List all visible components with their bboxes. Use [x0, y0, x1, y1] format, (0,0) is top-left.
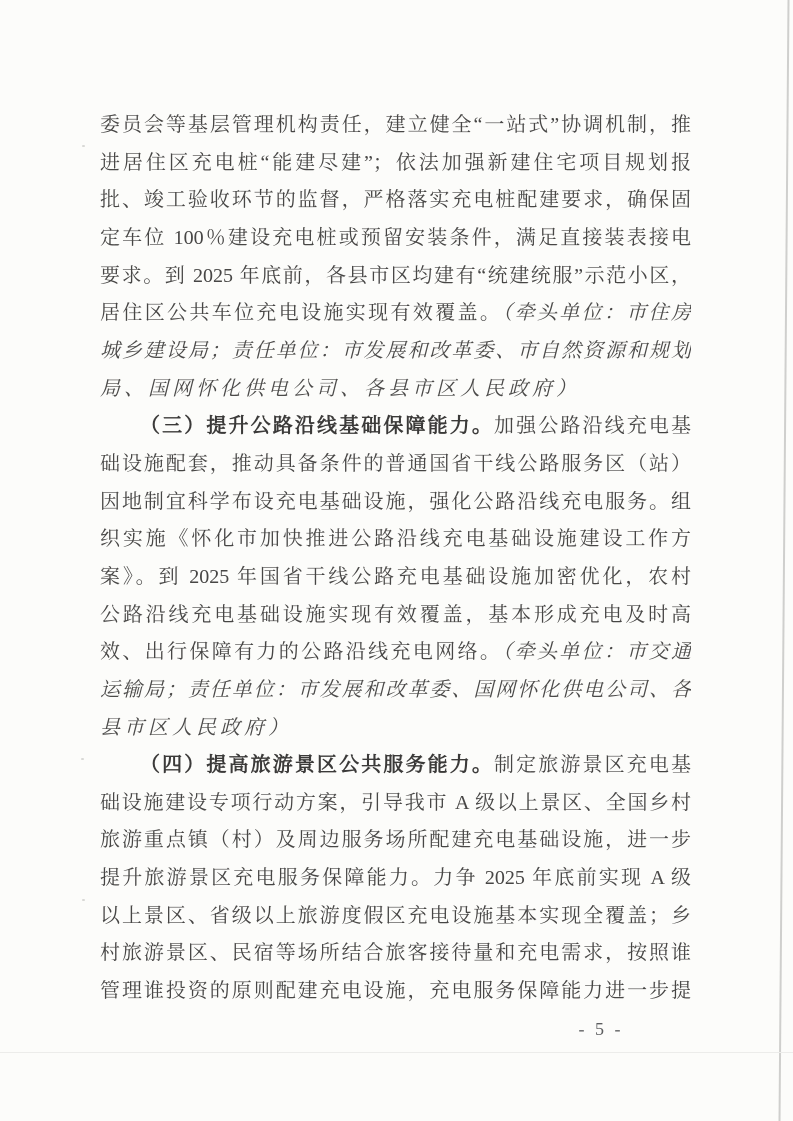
body-text: 提升旅游景区充电服务保障能力。力争 2025 年底前实现 A 级 — [100, 867, 691, 889]
section-heading: （三）提升公路沿线基础保障能力。 — [140, 415, 494, 437]
text-line: 公路沿线充电基础设施实现有效覆盖，基本形成充电及时高 — [100, 597, 691, 635]
text-line: 居住区公共车位充电设施实现有效覆盖。（牵头单位：市住房 — [100, 295, 691, 333]
scan-artifact-line — [0, 1052, 793, 1053]
body-text: 批、竣工验收环节的监督，严格落实充电桩配建要求，确保固 — [100, 189, 691, 211]
text-line: 委员会等基层管理机构责任，建立健全“一站式”协调机制，推 — [100, 107, 691, 145]
text-line: 局、国网怀化供电公司、各县市区人民政府） — [100, 371, 691, 409]
text-line: 以上景区、省级以上旅游度假区充电设施基本实现全覆盖；乡 — [100, 898, 691, 936]
text-line: 村旅游景区、民宿等场所结合旅客接待量和充电需求，按照谁 — [100, 935, 691, 973]
body-text: 旅游重点镇（村）及周边服务场所配建充电基础设施，进一步 — [100, 829, 691, 851]
body-text: 委员会等基层管理机构责任，建立健全“一站式”协调机制，推 — [100, 114, 691, 136]
text-line: 城乡建设局；责任单位：市发展和改革委、市自然资源和规划 — [100, 333, 691, 371]
unit-attribution-text: 局、国网怀化供电公司、各县市区人民政府） — [100, 378, 580, 400]
text-line: 旅游重点镇（村）及周边服务场所配建充电基础设施，进一步 — [100, 822, 691, 860]
text-line: 管理谁投资的原则配建充电设施，充电服务保障能力进一步提 — [100, 973, 691, 1011]
body-text: 案》。到 2025 年国省干线公路充电基础设施加密优化，农村 — [100, 566, 691, 588]
text-line: 础设施配套，推动具备条件的普通国省干线公路服务区（站） — [100, 446, 691, 484]
text-line: （四）提高旅游景区公共服务能力。制定旅游景区充电基 — [100, 747, 691, 785]
text-line: 础设施建设专项行动方案，引导我市 A 级以上景区、全国乡村 — [100, 785, 691, 823]
body-text: 础设施配套，推动具备条件的普通国省干线公路服务区（站） — [100, 453, 691, 475]
body-text: 公路沿线充电基础设施实现有效覆盖，基本形成充电及时高 — [100, 604, 691, 626]
body-text: 织实施《怀化市加快推进公路沿线充电基础设施建设工作方 — [100, 528, 691, 550]
unit-attribution-text: 运输局；责任单位：市发展和改革委、国网怀化供电公司、各 — [100, 679, 691, 701]
text-line: 效、出行保障有力的公路沿线充电网络。（牵头单位：市交通 — [100, 634, 691, 672]
scan-speck — [82, 899, 85, 901]
scan-speck — [81, 758, 84, 760]
body-text: 管理谁投资的原则配建充电设施，充电服务保障能力进一步提 — [100, 980, 691, 1002]
body-text: 进居住区充电桩“能建尽建”；依法加强新建住宅项目规划报 — [100, 152, 691, 174]
scanned-document-page: 委员会等基层管理机构责任，建立健全“一站式”协调机制，推进居住区充电桩“能建尽建… — [0, 0, 793, 1121]
text-line: 案》。到 2025 年国省干线公路充电基础设施加密优化，农村 — [100, 559, 691, 597]
body-text: 制定旅游景区充电基 — [494, 754, 691, 776]
text-line: 织实施《怀化市加快推进公路沿线充电基础设施建设工作方 — [100, 521, 691, 559]
body-text: 居住区公共车位充电设施实现有效覆盖。 — [100, 302, 502, 324]
unit-attribution-text: 城乡建设局；责任单位：市发展和改革委、市自然资源和规划 — [100, 340, 691, 362]
text-line: 县市区人民政府） — [100, 710, 691, 748]
page-number: - 5 - — [556, 1019, 646, 1040]
text-line: 进居住区充电桩“能建尽建”；依法加强新建住宅项目规划报 — [100, 145, 691, 183]
text-line: 要求。到 2025 年底前，各县市区均建有“统建统服”示范小区， — [100, 258, 691, 296]
text-line: 运输局；责任单位：市发展和改革委、国网怀化供电公司、各 — [100, 672, 691, 710]
document-body: 委员会等基层管理机构责任，建立健全“一站式”协调机制，推进居住区充电桩“能建尽建… — [100, 107, 691, 1011]
body-text: 因地制宜科学布设充电基础设施，强化公路沿线充电服务。组 — [100, 491, 691, 513]
body-text: 加强公路沿线充电基 — [494, 415, 691, 437]
text-line: 定车位 100％建设充电桩或预留安装条件，满足直接装表接电 — [100, 220, 691, 258]
unit-attribution-text: 县市区人民政府） — [100, 717, 292, 739]
section-heading: （四）提高旅游景区公共服务能力。 — [140, 754, 494, 776]
scan-edge-line — [778, 0, 789, 1121]
body-text: 村旅游景区、民宿等场所结合旅客接待量和充电需求，按照谁 — [100, 942, 691, 964]
body-text: 要求。到 2025 年底前，各县市区均建有“统建统服”示范小区， — [100, 265, 691, 287]
body-text: 础设施建设专项行动方案，引导我市 A 级以上景区、全国乡村 — [100, 792, 691, 814]
scan-speck — [82, 145, 85, 147]
body-text: 以上景区、省级以上旅游度假区充电设施基本实现全覆盖；乡 — [100, 905, 691, 927]
text-line: 批、竣工验收环节的监督，严格落实充电桩配建要求，确保固 — [100, 182, 691, 220]
body-text: 效、出行保障有力的公路沿线充电网络。 — [100, 641, 502, 663]
text-line: 提升旅游景区充电服务保障能力。力争 2025 年底前实现 A 级 — [100, 860, 691, 898]
unit-attribution-text: （牵头单位：市住房 — [502, 302, 691, 324]
text-line: （三）提升公路沿线基础保障能力。加强公路沿线充电基 — [100, 408, 691, 446]
body-text: 定车位 100％建设充电桩或预留安装条件，满足直接装表接电 — [100, 227, 691, 249]
unit-attribution-text: （牵头单位：市交通 — [502, 641, 691, 663]
text-line: 因地制宜科学布设充电基础设施，强化公路沿线充电服务。组 — [100, 484, 691, 522]
